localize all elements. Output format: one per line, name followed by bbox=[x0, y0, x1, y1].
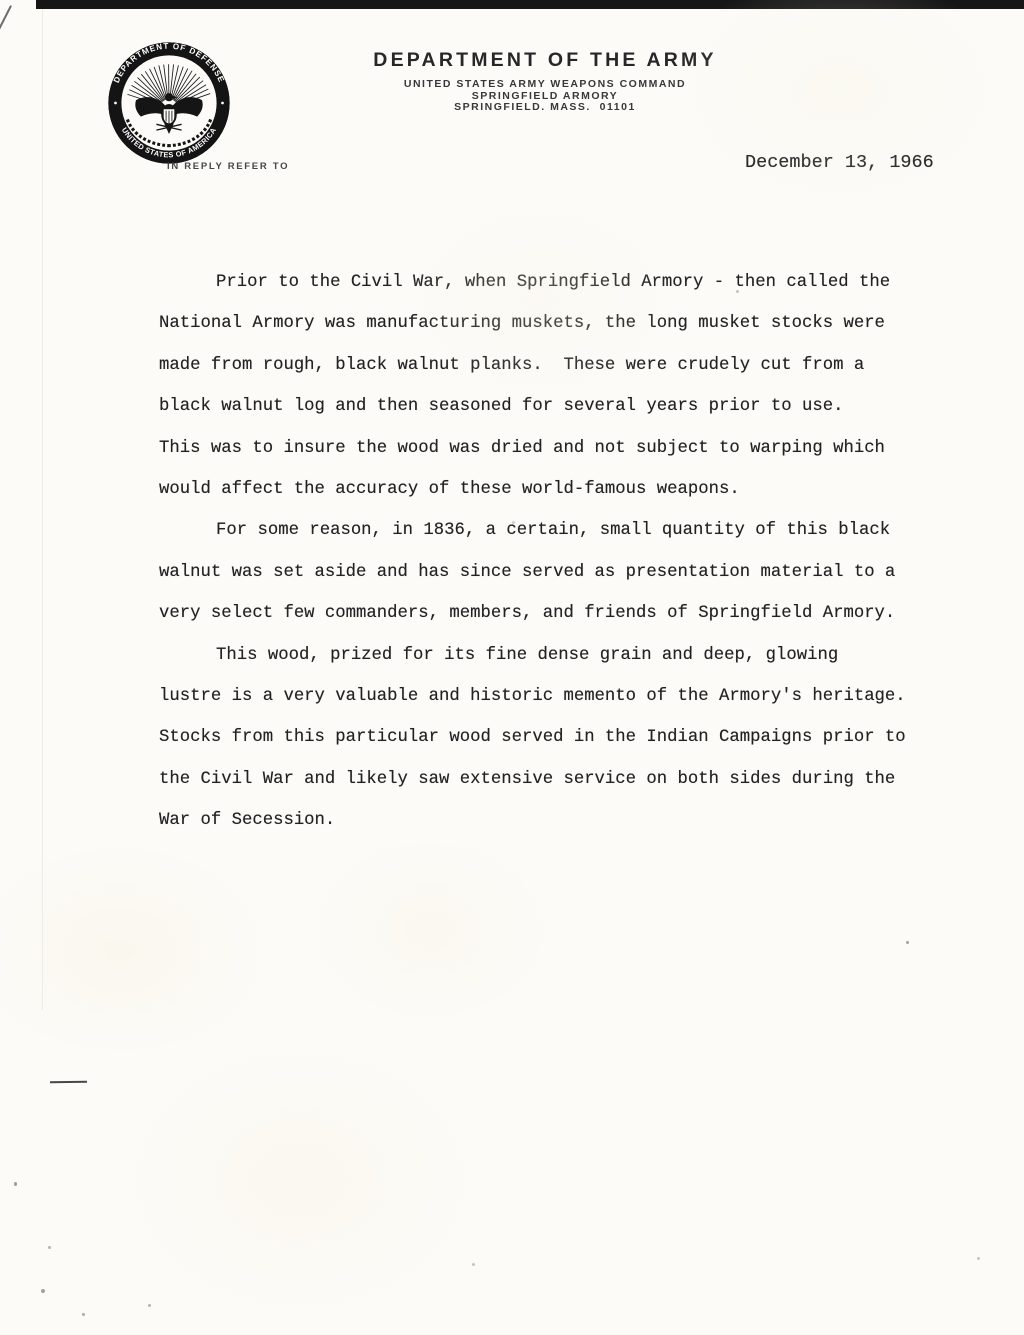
scan-speck bbox=[906, 941, 909, 944]
org-title: DEPARTMENT OF THE ARMY bbox=[300, 49, 790, 72]
org-subline-address: SPRINGFIELD. MASS. 01101 bbox=[300, 102, 790, 114]
scan-speck bbox=[148, 1304, 151, 1307]
letter-line: War of Secession. bbox=[159, 800, 959, 841]
letter-page: DEPARTMENT OF DEFENSE UNITED STATES OF A… bbox=[0, 0, 1024, 1335]
letter-line: walnut was set aside and has since serve… bbox=[159, 552, 959, 593]
scan-artifact-top-bar bbox=[36, 0, 1024, 9]
letter-body: Prior to the Civil War, when Springfield… bbox=[159, 262, 959, 842]
letterhead: DEPARTMENT OF THE ARMY UNITED STATES ARM… bbox=[300, 49, 790, 114]
letter-line: Prior to the Civil War, when Springfield… bbox=[216, 262, 959, 303]
letter-line: made from rough, black walnut planks. Th… bbox=[159, 345, 959, 386]
letter-line: This wood, prized for its fine dense gra… bbox=[216, 635, 959, 676]
letter-line: This was to insure the wood was dried an… bbox=[159, 428, 959, 469]
letter-line: National Armory was manufacturing musket… bbox=[159, 303, 959, 344]
scan-speck bbox=[48, 1246, 51, 1249]
scan-speck bbox=[14, 1182, 17, 1186]
scan-speck bbox=[41, 1289, 45, 1293]
scan-artifact-crease-line bbox=[42, 0, 43, 1010]
letter-line: Stocks from this particular wood served … bbox=[159, 717, 959, 758]
letter-line: would affect the accuracy of these world… bbox=[159, 469, 959, 510]
letter-line: very select few commanders, members, and… bbox=[159, 593, 959, 634]
letter-line: the Civil War and likely saw extensive s… bbox=[159, 759, 959, 800]
scan-speck bbox=[472, 1263, 475, 1266]
department-of-defense-seal-icon: DEPARTMENT OF DEFENSE UNITED STATES OF A… bbox=[106, 40, 232, 166]
letter-line: lustre is a very valuable and historic m… bbox=[159, 676, 959, 717]
letter-line: For some reason, in 1836, a certain, sma… bbox=[216, 510, 959, 551]
letter-line: black walnut log and then seasoned for s… bbox=[159, 386, 959, 427]
org-subline-command: UNITED STATES ARMY WEAPONS COMMAND bbox=[300, 79, 790, 91]
scan-artifact-corner-slash bbox=[0, 5, 12, 30]
scan-speck bbox=[977, 1257, 980, 1260]
reply-refer-label: IN REPLY REFER TO bbox=[167, 161, 289, 172]
scan-speck bbox=[82, 1313, 85, 1316]
scan-artifact-dash bbox=[50, 1081, 87, 1083]
letter-date: December 13, 1966 bbox=[745, 152, 934, 173]
